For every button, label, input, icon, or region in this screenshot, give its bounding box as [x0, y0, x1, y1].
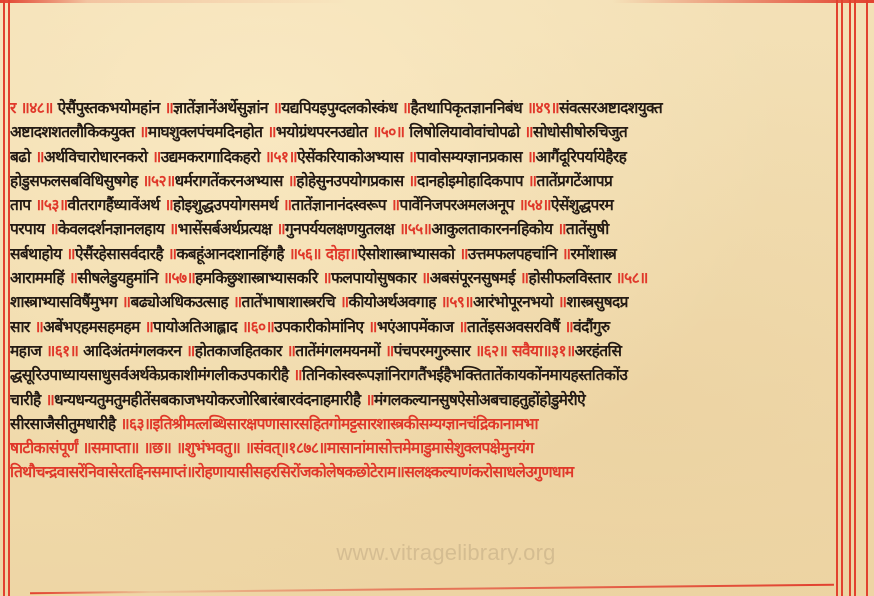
- text-segment: दानहोइमोहादिकपाप: [417, 172, 528, 190]
- rubric-segment: ॥: [276, 220, 285, 238]
- rubric-segment: ॥: [66, 245, 75, 263]
- rubric-segment: ॥६२॥ सवैया॥३१॥: [475, 342, 575, 360]
- rubric-segment: ॥५८॥: [616, 269, 648, 287]
- text-segment: उत्तमफलपहचांनि: [468, 245, 562, 263]
- text-segment: उद्यमकरागादिकहरो: [161, 148, 265, 166]
- manuscript-page: र ॥४८॥ ऐसैंपुस्तकभयोमहांन ॥ज्ञातेंज्ञाने…: [0, 0, 874, 596]
- rubric-segment: ॥५९॥: [441, 293, 473, 311]
- rubric-segment: ॥: [233, 293, 242, 311]
- rubric-segment: ॥: [365, 391, 374, 409]
- text-segment: होहेसुनउपयोगप्रकास: [296, 172, 408, 190]
- text-segment: संवत्सरअष्टादशयुक्त: [559, 99, 662, 117]
- manuscript-line: महाज ॥६१॥ आदिअंतमंगलकरन ॥होतकाजहितकार ॥त…: [10, 339, 834, 363]
- manuscript-line: अष्टादशशतलौकिकयुक्त ॥माघशुक्लपंचमदिनहोत …: [10, 120, 834, 144]
- text-segment: होडुसफलसबविधिसुषगेह: [10, 172, 142, 190]
- text-segment: ऐसोशास्त्राभ्यासको: [358, 245, 459, 263]
- rubric-segment: ॥५७॥: [163, 269, 195, 287]
- rubric-segment: ॥: [402, 99, 411, 117]
- rubric-segment: ॥५३॥: [35, 196, 67, 214]
- text-segment: धर्मरागतेंकरनअभ्यास: [175, 172, 288, 190]
- text-segment: सोधोसीषोरुचिजुत: [533, 123, 627, 141]
- text-segment: यद्यपियइपुग्दलकोस्कंध: [281, 99, 401, 117]
- text-segment: सीषलेडुयहुमांनि: [77, 269, 162, 287]
- text-segment: अबेंभएहमसहमहम: [43, 318, 144, 336]
- text-segment: आराममहिं: [10, 269, 69, 287]
- text-segment: कीयोअर्थअवगाह: [349, 293, 441, 311]
- manuscript-line: ताप ॥५३॥वीतरागहैंध्यावेंअर्थ ॥होइशुद्धउप…: [10, 193, 834, 217]
- rubric-segment: ॥: [527, 148, 536, 166]
- text-segment: लिषोलियावोवांचोपढो: [409, 123, 524, 141]
- text-segment: सर्बथाहोय: [10, 245, 66, 263]
- text-segment: तातेंप्रगटेंआपप्र: [536, 172, 612, 190]
- rubric-segment: ॥५५॥: [399, 220, 431, 238]
- rubric-segment: ॥: [340, 293, 349, 311]
- text-segment: आदिअंतमंगलकरन: [83, 342, 186, 360]
- rubric-segment: ॥: [368, 318, 377, 336]
- top-red-edge: [0, 0, 874, 3]
- right-border-line-2: [841, 0, 843, 596]
- rubric-segment: ॥: [169, 220, 178, 238]
- rubric-segment: ॥: [164, 99, 173, 117]
- text-segment: हमकिछुशास्त्राभ्यासकरि: [195, 269, 322, 287]
- rubric-segment: ॥: [564, 318, 573, 336]
- rubric-segment: ॥: [49, 220, 58, 238]
- rubric-segment: तिथौचन्द्रवासरेंनिवासेरतद्दिनसमाप्तं॥रोह…: [10, 463, 574, 481]
- text-segment: द्धसूरिउपाध्यायसाधुसर्वअर्थकेप्रकाशीमंगल…: [10, 366, 293, 384]
- text-segment: अर्थविचारोधारनकरो: [44, 148, 152, 166]
- text-segment: भयोग्रंथपरनउद्योत: [276, 123, 372, 141]
- rubric-segment: ॥: [421, 269, 430, 287]
- text-segment: शास्त्रसुषदप्र: [566, 293, 627, 311]
- text-segment: तातेंमंगलमयनमों: [295, 342, 385, 360]
- rubric-segment: ॥: [458, 318, 467, 336]
- right-border-line-3: [849, 0, 851, 596]
- rubric-segment: ॥: [164, 196, 173, 214]
- manuscript-line: आराममहिं ॥सीषलेडुयहुमांनि ॥५७॥हमकिछुशास्…: [10, 266, 834, 290]
- text-segment: तातेंभाषाशास्त्ररचि: [242, 293, 340, 311]
- text-segment: ऐसैंरहेसासर्वदारहै: [75, 245, 168, 263]
- rubric-segment: ॥५१॥: [265, 148, 297, 166]
- manuscript-line: शास्त्राभ्यासविषैंमुभग ॥बढ्योअधिकउत्साह …: [10, 290, 834, 314]
- text-segment: महाज: [10, 342, 46, 360]
- text-segment: सीरसाजैसीतुमधारीहै: [10, 415, 120, 433]
- rubric-segment: ॥४९॥: [527, 99, 559, 117]
- left-border-line-outer: [3, 0, 5, 596]
- text-segment: ताप: [10, 196, 35, 214]
- rubric-segment: ॥६०॥: [242, 318, 274, 336]
- text-segment: ऐसेंकरियाकोअभ्यास: [297, 148, 408, 166]
- rubric-segment: ॥: [267, 123, 276, 141]
- bottom-red-edge: [30, 584, 834, 594]
- manuscript-line: तिथौचन्द्रवासरेंनिवासेरतद्दिनसमाप्तं॥रोह…: [10, 460, 834, 484]
- text-segment: तातेंज्ञानानंदस्वरूप: [291, 196, 390, 214]
- manuscript-line: बढो ॥अर्थविचारोधारनकरो ॥उद्यमकरागादिकहरो…: [10, 145, 834, 169]
- rubric-segment: ॥६१॥: [46, 342, 83, 360]
- right-border-line-5: [866, 0, 868, 596]
- rubric-segment: ॥: [45, 391, 54, 409]
- text-segment: मंगलकल्यानसुषऐसोअबचाहतुहोंहोडुमेरीऐ: [374, 391, 585, 409]
- text-segment: भासेंसर्बअर्थप्रत्यक्ष: [178, 220, 277, 238]
- manuscript-line: सीरसाजैसीतुमधारीहै ॥६३॥इतिश्रीमत्लब्धिसा…: [10, 412, 834, 436]
- rubric-segment: ॥६३॥इतिश्रीमत्लब्धिसारक्षपणासारसहितगोमट्…: [120, 415, 538, 433]
- text-segment: बढ्योअधिकउत्साह: [130, 293, 232, 311]
- manuscript-line: होडुसफलसबविधिसुषगेह ॥५२॥धर्मरागतेंकरनअभ्…: [10, 169, 834, 193]
- manuscript-line: द्धसूरिउपाध्यायसाधुसर्वअर्थकेप्रकाशीमंगल…: [10, 363, 834, 387]
- text-segment: माघशुक्लपंचमदिनहोत: [148, 123, 267, 141]
- rubric-segment: ॥: [408, 148, 417, 166]
- rubric-segment: ॥: [152, 148, 161, 166]
- manuscript-line: परपाय ॥केवलदर्शनज्ञानलहाय ॥भासेंसर्बअर्थ…: [10, 217, 834, 241]
- manuscript-line: चारीहै ॥धन्यधन्यतुमतुमहीतेंसबकाजभयोकरजोर…: [10, 388, 834, 412]
- rubric-segment: ॥: [459, 245, 468, 263]
- rubric-segment: ॥: [408, 172, 417, 190]
- text-segment: उपकारीकोमांनिए: [274, 318, 368, 336]
- text-segment: होसीफलविस्तार: [528, 269, 615, 287]
- text-segment: कबहूंआनदशानहिंगहै: [176, 245, 288, 263]
- rubric-segment: ॥: [139, 123, 148, 141]
- manuscript-line: षाटीकासंपूर्णं ॥समाप्ता॥ ॥छ॥ ॥शुभंभवतु॥ …: [10, 436, 834, 460]
- text-segment: पावोसम्यग्ज्ञानप्रकास: [417, 148, 527, 166]
- text-segment: हैतथापिकृतज्ञाननिबंध: [411, 99, 527, 117]
- text-segment: ऐसैंपुस्तकभयोमहांन: [58, 99, 165, 117]
- text-segment: अष्टादशशतलौकिकयुक्त: [10, 123, 139, 141]
- text-segment: आरंभोपूरनभयो: [473, 293, 558, 311]
- text-segment: चारीहै: [10, 391, 45, 409]
- right-border-line-1: [836, 0, 838, 596]
- rubric-segment: ॥: [35, 148, 44, 166]
- text-segment: गुनपर्ययलक्षणयुतलक्ष: [285, 220, 399, 238]
- manuscript-text-block: र ॥४८॥ ऐसैंपुस्तकभयोमहांन ॥ज्ञातेंज्ञाने…: [10, 96, 834, 485]
- text-segment: केवलदर्शनज्ञानलहाय: [58, 220, 169, 238]
- rubric-segment: ॥: [385, 342, 394, 360]
- text-segment: फलपायोसुषकार: [331, 269, 421, 287]
- text-segment: तिनिकोस्वरूपज्ञांनिरागतैंभईहैभक्तितातेंक…: [302, 366, 627, 384]
- text-segment: आकुलताकारननहिकोय: [431, 220, 557, 238]
- text-segment: होतकाजहितकार: [195, 342, 287, 360]
- rubric-segment: ॥: [287, 342, 296, 360]
- text-segment: वंदौंगुरु: [573, 318, 609, 336]
- text-segment: रमोंशास्त्र: [570, 245, 616, 263]
- text-segment: पावेंनिजपरअमलअनूप: [399, 196, 518, 214]
- text-segment: पंचपरमगुरुसार: [394, 342, 475, 360]
- rubric-segment: र ॥४८॥: [10, 99, 58, 117]
- text-segment: ज्ञातेंज्ञानेंअर्थेसुज्ञांन: [173, 99, 273, 117]
- text-segment: भएंआपमेंकाज: [377, 318, 458, 336]
- rubric-segment: ॥: [557, 220, 566, 238]
- rubric-segment: ॥५०॥: [372, 123, 409, 141]
- text-segment: होइशुद्धउपयोगसमर्थ: [173, 196, 283, 214]
- text-segment: सार: [10, 318, 34, 336]
- right-border-line-4: [854, 0, 856, 596]
- rubric-segment: ॥: [144, 318, 153, 336]
- rubric-segment: ॥: [322, 269, 331, 287]
- text-segment: आगैंदूरिपर्यायेहैरह: [536, 148, 627, 166]
- rubric-segment: ॥: [524, 123, 533, 141]
- text-segment: परपाय: [10, 220, 49, 238]
- text-segment: अरहंतसि: [575, 342, 622, 360]
- rubric-segment: ॥: [293, 366, 302, 384]
- text-segment: अबसंपूरनसुषमई: [430, 269, 520, 287]
- manuscript-line: सार ॥अबेंभएहमसहमहम ॥पायोअतिआह्लाद ॥६०॥उप…: [10, 315, 834, 339]
- rubric-segment: ॥५६॥ दोहा॥: [289, 245, 358, 263]
- rubric-segment: ॥५२॥: [142, 172, 174, 190]
- text-segment: तातेंइसअवसरविषैं: [467, 318, 564, 336]
- text-segment: ऐसेंशुद्धपरम: [551, 196, 613, 214]
- rubric-segment: ॥५४॥: [519, 196, 551, 214]
- text-segment: धन्यधन्यतुमतुमहीतेंसबकाजभयोकरजोरिबारंबार…: [54, 391, 365, 409]
- rubric-segment: षाटीकासंपूर्णं ॥समाप्ता॥ ॥छ॥ ॥शुभंभवतु॥ …: [10, 439, 533, 457]
- text-segment: पायोअतिआह्लाद: [153, 318, 242, 336]
- text-segment: तातेंसुषी: [566, 220, 609, 238]
- rubric-segment: ॥: [186, 342, 195, 360]
- text-segment: शास्त्राभ्यासविषैंमुभग: [10, 293, 122, 311]
- rubric-segment: ॥: [288, 172, 297, 190]
- watermark: www.vitragelibrary.org: [306, 540, 586, 566]
- text-segment: वीतरागहैंध्यावेंअर्थ: [68, 196, 165, 214]
- manuscript-line: सर्बथाहोय ॥ऐसैंरहेसासर्वदारहै ॥कबहूंआनदश…: [10, 242, 834, 266]
- text-segment: बढो: [10, 148, 35, 166]
- manuscript-line: र ॥४८॥ ऐसैंपुस्तकभयोमहांन ॥ज्ञातेंज्ञाने…: [10, 96, 834, 120]
- rubric-segment: ॥: [34, 318, 43, 336]
